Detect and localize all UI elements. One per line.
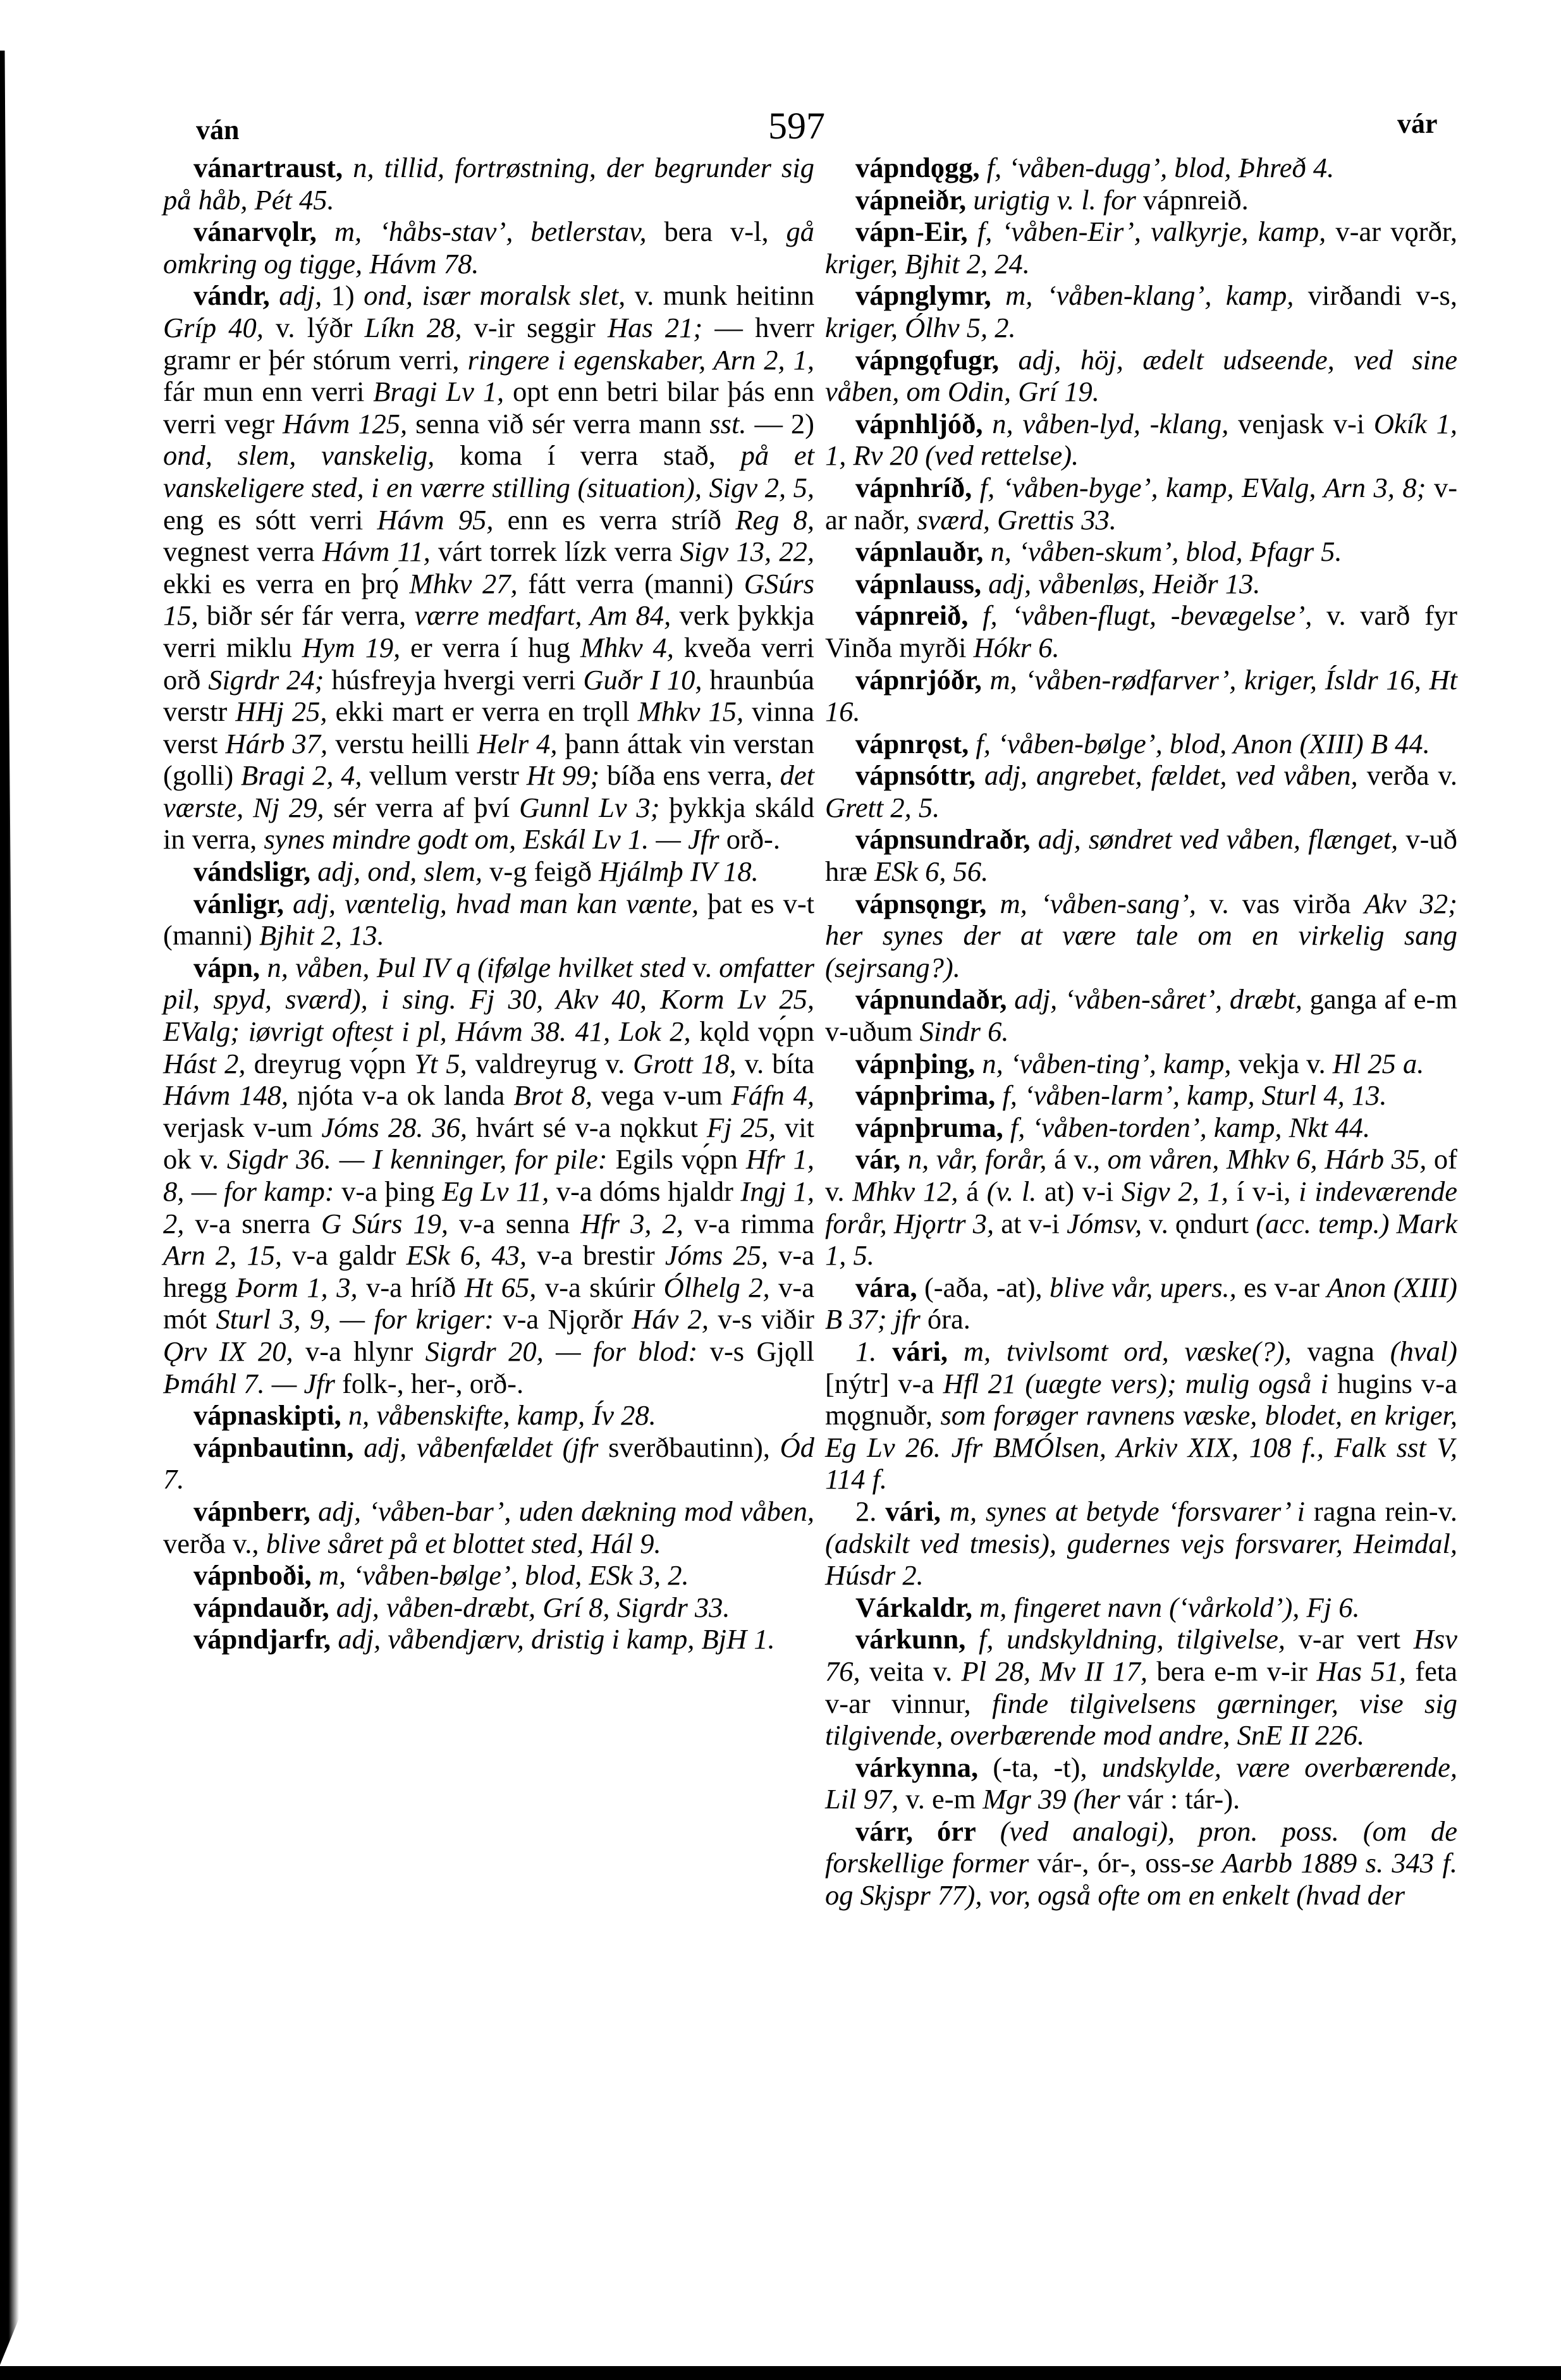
citation-text	[310, 856, 317, 887]
definition-text: Sturl 3, 9, — for kriger:	[216, 1303, 494, 1335]
citation-text	[900, 1143, 908, 1175]
dictionary-entry: vápndjarfr, adj, våbendjærv, dristig i k…	[163, 1623, 814, 1655]
definition-text: om våren, Mhkv 6, Hárb 35,	[1108, 1143, 1427, 1175]
definition-text: m, ‘håbs-stav’, betlerstav,	[334, 216, 647, 247]
definition-text: Fáfn 4,	[732, 1079, 814, 1111]
definition-text: Hávm 95,	[377, 504, 493, 536]
scan-bottom-border	[0, 2366, 1561, 2380]
citation-text: (-aða, -at),	[917, 1272, 1050, 1303]
headword: vára,	[855, 1272, 917, 1303]
dictionary-entry: vápnhljóð, n, våben-lyd, -klang, venjask…	[825, 408, 1457, 472]
citation-text: biðr sér fár verra,	[199, 599, 415, 631]
definition-text: ringere i egenskaber, Arn 2, 1,	[468, 344, 814, 376]
definition-text: adj, ond, slem,	[317, 856, 482, 887]
headword: várr, órr	[855, 1815, 976, 1847]
citation-text	[991, 279, 1005, 311]
citation-text: fátt verra (manni)	[518, 568, 744, 599]
definition-text: f, ‘våben-torden’, kamp, Nkt 44.	[1010, 1112, 1370, 1143]
dictionary-entry: várkunn, f, undskyldning, tilgivelse, v-…	[825, 1623, 1457, 1751]
citation-text: v-a galdr	[282, 1239, 407, 1271]
headword: vápnrǫst,	[855, 728, 969, 759]
definition-text: Pl 28, Mv II 17,	[962, 1655, 1148, 1687]
citation-text: venjask v-i	[1228, 408, 1373, 439]
definition-text: Gunnl Lv 3;	[519, 792, 659, 823]
definition-text: Bjhit 2, 13.	[259, 919, 384, 951]
headword: várkynna,	[855, 1751, 978, 1783]
headword: vári,	[885, 1495, 941, 1527]
definition-text: m, ‘våben-sang’,	[1000, 888, 1196, 919]
citation-text: v. lýðr	[264, 312, 365, 343]
dictionary-entry: vár, n, vår, forår, á v., om våren, Mhkv…	[825, 1143, 1457, 1271]
definition-text: Þmáhl 7. — Jfr	[163, 1368, 335, 1399]
dictionary-entry: vápnsundraðr, adj, søndret ved våben, fl…	[825, 823, 1457, 887]
definition-text: 1.	[855, 1335, 876, 1367]
definition-text: Hókr 6.	[974, 632, 1060, 663]
definition-text: ESk 6, 56.	[874, 856, 988, 887]
definition-text: sværd, Grettis 33.	[917, 504, 1117, 536]
citation-text	[270, 279, 279, 311]
dictionary-entry: vápnrǫst, f, ‘våben-bølge’, blod, Anon (…	[825, 728, 1457, 760]
definition-text: Hárb 37,	[226, 728, 328, 759]
citation-text	[975, 1048, 982, 1079]
running-head-left: ván	[196, 114, 239, 146]
dictionary-entry: vápnglymr, m, ‘våben-klang’, kamp, virða…	[825, 279, 1457, 343]
citation-text	[966, 184, 973, 216]
definition-text: Mhkv 12,	[852, 1175, 958, 1207]
citation-text	[968, 599, 983, 631]
citation-text: vagna	[1292, 1335, 1390, 1367]
definition-text: Gríp 40,	[163, 312, 264, 343]
dictionary-column-left: vánartraust, n, tillid, fortrøstning, de…	[163, 152, 814, 1655]
citation-text: es v-ar	[1237, 1272, 1327, 1303]
citation-text: v-a senna	[448, 1208, 580, 1239]
definition-text: adj, ‘våben-bar’, uden dækning mod våben…	[318, 1495, 814, 1527]
citation-text	[976, 1815, 1000, 1847]
dictionary-entry: vápnundaðr, adj, ‘våben-såret’, dræbt, g…	[825, 983, 1457, 1047]
headword: vápn-Eir,	[855, 216, 968, 247]
definition-text: f, ‘våben-flugt, -bevægelse’,	[983, 599, 1312, 631]
citation-text: v-s viðir	[709, 1303, 814, 1335]
definition-text: Sigv 2, 1,	[1122, 1175, 1228, 1207]
definition-text: Reg 8,	[735, 504, 814, 536]
definition-text: Ht 99;	[527, 759, 600, 791]
definition-text: (v. l.	[987, 1175, 1037, 1207]
citation-text: ekki es verra en þrǫ́	[163, 568, 410, 599]
dictionary-entry: 2. vári, m, synes at betyde ‘forsvarer’ …	[825, 1495, 1457, 1592]
definition-text: Helr 4,	[477, 728, 558, 759]
definition-text: Hl 25 a.	[1333, 1048, 1424, 1079]
citation-text: v. munk heitinn	[625, 279, 814, 311]
citation-text: Egils vǫ́pn	[608, 1143, 746, 1175]
definition-text: Sigdr 36. — I kenninger, for pile:	[227, 1143, 608, 1175]
definition-text: Brot 8,	[513, 1079, 592, 1111]
dictionary-entry: vápnþing, n, ‘våben-ting’, kamp, vekja v…	[825, 1048, 1457, 1080]
headword: várkunn,	[855, 1623, 965, 1655]
definition-text: ond, især moralsk slet,	[364, 279, 625, 311]
citation-text: v-a hríð	[358, 1272, 465, 1303]
citation-text	[965, 1623, 979, 1655]
headword: vápnaskipti,	[193, 1399, 341, 1431]
citation-text: orð-.	[719, 823, 780, 855]
headword: vápnboði,	[193, 1559, 312, 1591]
citation-text: v-a hlynr	[293, 1335, 425, 1367]
citation-text	[969, 728, 976, 759]
headword: vápnþruma,	[855, 1112, 1003, 1143]
definition-text: Hym 19,	[302, 632, 401, 663]
citation-text	[980, 152, 987, 183]
headword: vápnberr,	[193, 1495, 310, 1527]
headword: vápnþrima,	[855, 1079, 995, 1111]
citation-text: er verra í hug	[400, 632, 580, 663]
citation-text: njóta v-a ok landa	[288, 1079, 513, 1111]
citation-text: v. bíta	[737, 1048, 814, 1079]
citation-text: v-s Gjǫll	[697, 1335, 814, 1367]
definition-text: Has 51,	[1316, 1655, 1406, 1687]
dictionary-entry: vápnreið, f, ‘våben-flugt, -bevægelse’, …	[825, 599, 1457, 663]
headword: vápnglymr,	[855, 279, 991, 311]
definition-text: blive såret på et blottet sted, Hál 9.	[266, 1528, 661, 1559]
headword: vári,	[892, 1335, 948, 1367]
citation-text: v-a snerra	[184, 1208, 321, 1239]
definition-text: sst.	[709, 408, 746, 439]
citation-text: á v.,	[1047, 1143, 1108, 1175]
definition-text: Mhkv 15,	[638, 696, 744, 727]
citation-text: hvárt sé v-a nǫkkut	[467, 1112, 707, 1143]
dictionary-entry: vápnaskipti, n, våbenskifte, kamp, Ív 28…	[163, 1399, 814, 1432]
dictionary-entry: vánartraust, n, tillid, fortrøstning, de…	[163, 152, 814, 216]
definition-text: f, ‘våben-Eir’, valkyrje, kamp,	[977, 216, 1326, 247]
citation-text: bera v-l,	[647, 216, 787, 247]
dictionary-entry: vápndǫgg, f, ‘våben-dugg’, blod, Þhreð 4…	[825, 152, 1457, 184]
citation-text: verjask v-um	[163, 1112, 321, 1143]
definition-text: Ht 65,	[465, 1272, 537, 1303]
definition-text: f, ‘våben-dugg’, blod, Þhreð 4.	[987, 152, 1335, 183]
headword: vápndǫgg,	[855, 152, 980, 183]
headword: vár,	[855, 1143, 900, 1175]
citation-text: v.	[685, 952, 719, 983]
headword: vápndauðr,	[193, 1592, 329, 1623]
definition-text: HHj 25,	[235, 696, 327, 727]
citation-text: v-a skúrir	[536, 1272, 663, 1303]
definition-text: kriger, Ólhv 5, 2.	[825, 312, 1016, 343]
definition-text: Sigrdr 24;	[208, 664, 324, 696]
dictionary-entry: várr, órr (ved analogi), pron. poss. (om…	[825, 1815, 1457, 1911]
citation-text: v-ar vǫrðr,	[1326, 216, 1457, 247]
definition-text: Jóms 25,	[665, 1239, 768, 1271]
definition-text: f, ‘våben-byge’, kamp, EValg, Arn 3, 8;	[980, 472, 1426, 503]
definition-text: f, ‘våben-larm’, kamp, Sturl 4, 13.	[1002, 1079, 1387, 1111]
citation-text: vellum verstr	[362, 759, 527, 791]
citation-text: verða v.,	[163, 1528, 266, 1559]
dictionary-entry: vápneiðr, urigtig v. l. for vápnreið.	[825, 184, 1457, 216]
citation-text: v-a rimma	[683, 1208, 814, 1239]
definition-text: Hást 2,	[163, 1048, 246, 1079]
headword: vápnsóttr,	[855, 759, 976, 791]
definition-text: adj, angrebet, fældet, ved våben,	[984, 759, 1358, 791]
definition-text: Háv 2,	[632, 1303, 709, 1335]
definition-text: adj, ‘våben-såret’, dræbt,	[1014, 983, 1302, 1015]
citation-text: óra.	[921, 1303, 970, 1335]
citation-text: — 2)	[746, 408, 814, 439]
definition-text: Hfl 21 (uægte vers); mulig også i	[943, 1368, 1328, 1399]
definition-text: Þorm 1, 3,	[236, 1272, 358, 1303]
citation-text: várt torrek lízk verra	[431, 536, 680, 567]
definition-text: n, våben, Þul IV q (ifølge hvilket sted	[267, 952, 685, 983]
citation-text: bíða ens verra,	[599, 759, 780, 791]
citation-text	[329, 1592, 336, 1623]
citation-text	[976, 759, 984, 791]
citation-text	[941, 1495, 950, 1527]
dictionary-entry: vápnlauss, adj, våbenløs, Heiðr 13.	[825, 568, 1457, 600]
definition-text: f, undskyldning, tilgivelse,	[979, 1623, 1285, 1655]
citation-text	[986, 888, 1000, 919]
citation-text	[981, 568, 988, 599]
headword: vánartraust,	[193, 152, 343, 183]
definition-text: adj, våbendjærv, dristig i kamp, BjH 1.	[338, 1623, 774, 1655]
definition-text: Jóms 28. 36,	[321, 1112, 467, 1143]
definition-text: m, fingeret navn (‘vårkold’), Fj 6.	[979, 1592, 1359, 1623]
citation-text: v. vas virða	[1196, 888, 1364, 919]
definition-text: urigtig v. l. for	[973, 184, 1136, 216]
citation-text: eng es sótt verri	[163, 504, 377, 536]
headword: vápnlauss,	[855, 568, 981, 599]
citation-text: vápnreið.	[1136, 184, 1249, 216]
definition-text: n, vår, forår,	[908, 1143, 1047, 1175]
headword: vándr,	[193, 279, 270, 311]
citation-text: koma í verra stað,	[434, 439, 740, 471]
citation-text: sverðbautinn),	[598, 1432, 780, 1463]
definition-text: adj, våbenfældet (jfr	[364, 1432, 598, 1463]
running-head-right: vár	[1397, 107, 1438, 140]
citation-text	[1003, 1112, 1010, 1143]
dictionary-entry: vápnþrima, f, ‘våben-larm’, kamp, Sturl …	[825, 1079, 1457, 1112]
headword: vánarvǫlr,	[193, 216, 317, 247]
citation-text: bera e-m v-ir	[1148, 1655, 1316, 1687]
citation-text: senna við sér verra mann	[407, 408, 709, 439]
dictionary-entry: vápn-Eir, f, ‘våben-Eir’, valkyrje, kamp…	[825, 216, 1457, 279]
dictionary-entry: vápnþruma, f, ‘våben-torden’, kamp, Nkt …	[825, 1112, 1457, 1144]
definition-text: Hávm 148,	[163, 1079, 288, 1111]
citation-text: sér verra af því	[324, 792, 520, 823]
citation-text: í v-i,	[1228, 1175, 1299, 1207]
dictionary-entry: vápnberr, adj, ‘våben-bar’, uden dækning…	[163, 1495, 814, 1559]
definition-text: adj, våbenløs, Heiðr 13.	[988, 568, 1260, 599]
definition-text: G Súrs 19,	[321, 1208, 448, 1239]
citation-text: [nýtr] v-a	[825, 1368, 943, 1399]
citation-text	[260, 952, 267, 983]
citation-text	[876, 1335, 892, 1367]
definition-text: m, tvivlsomt ord, væske(?),	[964, 1335, 1292, 1367]
citation-text	[948, 1335, 964, 1367]
definition-text: Bragi Lv 1,	[373, 376, 504, 407]
citation-text: á	[958, 1175, 986, 1207]
citation-text: fár mun enn verri	[163, 376, 373, 407]
citation-text: vega v-um	[592, 1079, 732, 1111]
citation-text: v-g feigð	[482, 856, 599, 887]
headword: Várkaldr,	[855, 1592, 972, 1623]
citation-text: húsfreyja hvergi verri	[324, 664, 583, 696]
definition-text: ond, slem, vanskelig,	[163, 439, 434, 471]
citation-text: vekja v.	[1232, 1048, 1333, 1079]
citation-text: vár : tár-).	[1120, 1783, 1240, 1815]
definition-text: Bragi 2, 4,	[241, 759, 362, 791]
headword: vápneiðr,	[855, 184, 966, 216]
definition-text: Hávm 125,	[283, 408, 407, 439]
definition-text: Ólhelg 2,	[664, 1272, 770, 1303]
citation-text: v-ir seggir	[462, 312, 608, 343]
definition-text: Hjálmþ IV 18.	[599, 856, 759, 887]
definition-text: Has 21;	[608, 312, 702, 343]
definition-text: Sigrdr 20, — for blod:	[425, 1335, 698, 1367]
headword: vápnhljóð,	[855, 408, 983, 439]
citation-text	[284, 888, 293, 919]
headword: vápnreið,	[855, 599, 968, 631]
definition-text: Grett 2, 5.	[825, 792, 940, 823]
dictionary-entry: vándr, adj, 1) ond, især moralsk slet, v…	[163, 279, 814, 856]
headword: vápnlauðr,	[855, 536, 983, 567]
definition-text: n, våbenskifte, kamp, Ív 28.	[348, 1399, 656, 1431]
citation-text: verða v.	[1358, 759, 1457, 791]
dictionary-entry: vápnlauðr, n, ‘våben-skum’, blod, Þfagr …	[825, 536, 1457, 568]
dictionary-entry: vánligr, adj, væntelig, hvad man kan væn…	[163, 888, 814, 952]
definition-text: Guðr I 10,	[583, 664, 702, 696]
dictionary-entry: vápnhríð, f, ‘våben-byge’, kamp, EValg, …	[825, 472, 1457, 536]
definition-text: Hfr 3, 2,	[580, 1208, 683, 1239]
definition-text: Hávm 11,	[322, 536, 431, 567]
dictionary-entry: vápn, n, våben, Þul IV q (ifølge hvilket…	[163, 952, 814, 1399]
headword: vápngǫfugr,	[855, 344, 999, 376]
page-number: 597	[768, 104, 825, 148]
dictionary-entry: vándsligr, adj, ond, slem, v-g feigð Hjá…	[163, 856, 814, 888]
headword: vándsligr,	[193, 856, 310, 887]
dictionary-entry: várkynna, (-ta, -t), undskylde, være ove…	[825, 1751, 1457, 1815]
definition-text: n, ‘våben-skum’, blod, Þfagr 5.	[991, 536, 1342, 567]
definition-text: Ǫrv IX 20,	[163, 1335, 293, 1367]
citation-text	[983, 408, 993, 439]
definition-text: adj,	[279, 279, 322, 311]
headword: vápndjarfr,	[193, 1623, 331, 1655]
definition-text: m, ‘våben-klang’, kamp,	[1005, 279, 1294, 311]
definition-text: Sigv 13, 22,	[680, 536, 814, 567]
citation-text: v-a brestir	[527, 1239, 665, 1271]
definition-text: Mhkv 4,	[580, 632, 674, 663]
dictionary-column-right: vápndǫgg, f, ‘våben-dugg’, blod, Þhreð 4…	[825, 152, 1457, 1911]
citation-text: v-a þing	[334, 1175, 442, 1207]
dictionary-entry: vápngǫfugr, adj, höj, ædelt udseende, ve…	[825, 344, 1457, 408]
headword: vápn,	[193, 952, 260, 983]
definition-text: Grott 18,	[633, 1048, 736, 1079]
citation-text: vegnest verra	[163, 536, 322, 567]
citation-text	[968, 216, 977, 247]
definition-text: f, ‘våben-bølge’, blod, Anon (XIII) B 44…	[976, 728, 1429, 759]
citation-text	[999, 344, 1018, 376]
headword: vápnundaðr,	[855, 983, 1007, 1015]
citation-text	[995, 1079, 1002, 1111]
definition-text: Arn 2, 15,	[163, 1239, 282, 1271]
dictionary-entry: 1. vári, m, tvivlsomt ord, væske(?), vag…	[825, 1335, 1457, 1495]
citation-text: v-ar vert	[1285, 1623, 1414, 1655]
citation-text	[341, 1399, 348, 1431]
citation-text: 2.	[855, 1495, 885, 1527]
definition-text: (hval)	[1390, 1335, 1457, 1367]
dictionary-entry: vápnboði, m, ‘våben-bølge’, blod, ESk 3,…	[163, 1559, 814, 1592]
citation-text	[331, 1623, 338, 1655]
dictionary-entry: vápnbautinn, adj, våbenfældet (jfr sverð…	[163, 1432, 814, 1495]
citation-text: at) v-i	[1036, 1175, 1122, 1207]
definition-text: værre medfart, Am 84,	[415, 599, 671, 631]
citation-text: v-a dóms hjaldr	[549, 1175, 740, 1207]
definition-text: adj, søndret ved våben, flænget,	[1038, 823, 1399, 855]
dictionary-entry: vápnsóttr, adj, angrebet, fældet, ved vå…	[825, 759, 1457, 823]
headword: vápnsǫngr,	[855, 888, 986, 919]
scan-edge-shadow	[0, 51, 19, 2365]
citation-text	[354, 1432, 364, 1463]
citation-text	[983, 536, 990, 567]
citation-text: veita v.	[860, 1655, 962, 1687]
citation-text	[972, 1592, 979, 1623]
definition-text: Mgr 39 (her	[983, 1783, 1120, 1815]
definition-text: Eg Lv 11,	[442, 1175, 549, 1207]
definition-text: Sindr 6.	[920, 1015, 1009, 1047]
headword: vápnhríð,	[855, 472, 972, 503]
definition-text: ESk 6, 43,	[407, 1239, 527, 1271]
headword: vápnbautinn,	[193, 1432, 354, 1463]
headword: vápnrjóðr,	[855, 664, 982, 696]
citation-text	[1031, 823, 1038, 855]
citation-text	[317, 216, 334, 247]
citation-text	[982, 664, 990, 696]
citation-text	[1007, 983, 1015, 1015]
definition-text: (adskilt ved tmesis), gudernes vejs fors…	[825, 1528, 1457, 1592]
citation-text: (-ta, -t),	[978, 1751, 1102, 1783]
headword: vánligr,	[193, 888, 284, 919]
definition-text: Yt 5,	[414, 1048, 467, 1079]
citation-text: v-a Njǫrðr	[494, 1303, 632, 1335]
citation-text: vár-, ór-, oss-	[1029, 1847, 1191, 1879]
citation-text: dreyrug vǫ́pn	[246, 1048, 415, 1079]
citation-text: at v-i	[994, 1208, 1067, 1239]
definition-text: m, synes at betyde ‘forsvarer’ i	[950, 1495, 1305, 1527]
definition-text: synes mindre godt om, Eskál Lv 1. — Jfr	[264, 823, 719, 855]
citation-text: valdreyrug v.	[467, 1048, 633, 1079]
definition-text: n, våben-lyd, -klang,	[992, 408, 1228, 439]
dictionary-entry: Várkaldr, m, fingeret navn (‘vårkold’), …	[825, 1592, 1457, 1624]
definition-text: Jómsv,	[1067, 1208, 1142, 1239]
citation-text: folk-, her-, orð-.	[335, 1368, 523, 1399]
definition-text: blive vår, upers.,	[1050, 1272, 1237, 1303]
dictionary-entry: vára, (-aða, -at), blive vår, upers., es…	[825, 1272, 1457, 1335]
citation-text: ekki mart er verra en trǫll	[328, 696, 638, 727]
dictionary-entry: vápnrjóðr, m, ‘våben-rødfarver’, kriger,…	[825, 664, 1457, 728]
citation-text: verstu heilli	[328, 728, 477, 759]
definition-text: kriger, Bjhit 2, 24.	[825, 248, 1030, 279]
citation-text: 1)	[322, 279, 364, 311]
citation-text: v. ǫndurt	[1142, 1208, 1256, 1239]
dictionary-entry: vápndauðr, adj, våben-dræbt, Grí 8, Sigr…	[163, 1592, 814, 1624]
citation-text	[312, 1559, 319, 1591]
definition-text: Mhkv 27,	[410, 568, 518, 599]
definition-text: n, ‘våben-ting’, kamp,	[982, 1048, 1231, 1079]
dictionary-entry: vápnsǫngr, m, ‘våben-sang’, v. vas virða…	[825, 888, 1457, 984]
definition-text: Líkn 28,	[365, 312, 462, 343]
citation-text: ragna rein-v.	[1305, 1495, 1457, 1527]
headword: vápnsundraðr,	[855, 823, 1031, 855]
citation-text: v. e-m	[898, 1783, 983, 1815]
citation-text: virðandi v-s,	[1294, 279, 1457, 311]
citation-text	[972, 472, 980, 503]
citation-text: kǫld vǫ́pn	[691, 1015, 814, 1047]
headword: vápnþing,	[855, 1048, 975, 1079]
